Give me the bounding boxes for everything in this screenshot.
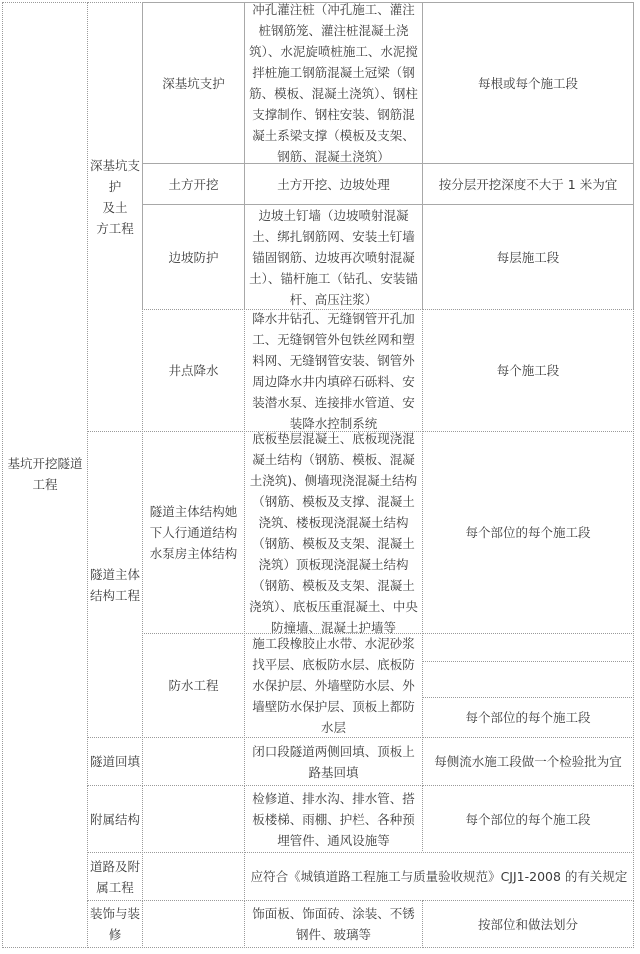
batch-cell	[422, 633, 634, 662]
batch-text: 每个部位的每个施工段	[465, 522, 590, 543]
group-label-cell: 深基坑支 护 及土 方工程	[87, 2, 143, 432]
batch-text: 每个施工段	[497, 360, 560, 381]
group-label-line: 装饰与装	[90, 903, 140, 924]
sub-item-cell: 深基坑支护	[142, 2, 245, 164]
sub-item-label: 防水工程	[168, 675, 218, 696]
sub-item-line: 隧道主体结构她	[150, 501, 238, 522]
batch-text: 每个部位的每个施工段	[465, 809, 590, 830]
batch-text: 按部位和做法划分	[478, 914, 578, 935]
batch-cell: 每个施工段	[422, 309, 634, 432]
sub-item-cell	[142, 852, 245, 901]
group-label-cell: 隧道主体 结构工程	[87, 431, 143, 738]
content-text: 降水井钻孔、无缝钢管开孔加工、无缝钢管外包铁丝网和塑料网、无缝钢管安装、钢管外周…	[247, 308, 420, 434]
merged-text: 应符合《城镇道路工程施工与质量验收规范》CJJ1-2008 的有关规定	[251, 866, 628, 887]
sub-item-cell: 隧道主体结构她 下人行通道结构 水泵房主体结构	[142, 431, 245, 634]
group-label-cell: 道路及附 属工程	[87, 852, 143, 901]
level1-cell: 基坑开挖隧道工程	[2, 2, 88, 948]
content-cell: 施工段橡胶止水带、水泥砂浆找平层、底板防水层、底板防水保护层、外墙壁防水层、外墙…	[244, 633, 423, 738]
group-label: 隧道回填	[90, 751, 140, 772]
group-label-cell: 装饰与装 修	[87, 900, 143, 948]
inspection-batch-table: 基坑开挖隧道工程 深基坑支 护 及土 方工程 深基坑支护 冲孔灌注桩（冲孔施工、…	[3, 3, 635, 949]
batch-text: 每层施工段	[497, 247, 560, 268]
group-label-line: 隧道主体	[90, 564, 140, 585]
content-text: 施工段橡胶止水带、水泥砂浆找平层、底板防水层、底板防水保护层、外墙壁防水层、外墙…	[247, 633, 420, 738]
content-text: 土方开挖、边坡处理	[277, 174, 390, 195]
batch-cell: 按部位和做法划分	[422, 900, 634, 948]
group-label-line: 方工程	[96, 218, 134, 239]
group-label-line: 及土	[102, 197, 127, 218]
content-cell: 边坡土钉墙（边坡喷射混凝土、绑扎钢筋网、安装土钉墙锚固钢筋、边坡再次喷射混凝土）…	[244, 204, 423, 310]
merged-content-cell: 应符合《城镇道路工程施工与质量验收规范》CJJ1-2008 的有关规定	[244, 852, 634, 901]
sub-item-label: 深基坑支护	[162, 73, 225, 94]
content-cell: 土方开挖、边坡处理	[244, 163, 423, 205]
content-text: 底板垫层混凝土、底板现浇混凝土结构（钢筋、模板、混凝土浇筑)、侧墙现浇混凝土结构…	[247, 428, 420, 638]
content-cell: 饰面板、饰面砖、涂装、不锈钢件、玻璃等	[244, 900, 423, 948]
group-label-line: 属工程	[96, 877, 134, 898]
batch-cell: 每个部位的每个施工段	[422, 697, 634, 738]
sub-item-label: 边坡防护	[168, 247, 218, 268]
content-cell: 冲孔灌注桩（冲孔施工、灌注桩钢筋笼、灌注桩混凝土浇筑）、水泥旋喷桩施工、水泥搅拌…	[244, 2, 423, 164]
content-cell: 底板垫层混凝土、底板现浇混凝土结构（钢筋、模板、混凝土浇筑)、侧墙现浇混凝土结构…	[244, 431, 423, 634]
content-text: 饰面板、饰面砖、涂装、不锈钢件、玻璃等	[247, 903, 420, 945]
batch-cell: 按分层开挖深度不大于 1 米为宜	[422, 163, 634, 205]
batch-cell	[422, 661, 634, 698]
sub-item-cell	[142, 785, 245, 853]
batch-text: 按分层开挖深度不大于 1 米为宜	[439, 174, 617, 195]
sub-item-cell: 土方开挖	[142, 163, 245, 205]
group-label-line: 修	[109, 924, 122, 945]
group-label-line: 道路及附	[90, 856, 140, 877]
group-label-cell: 隧道回填	[87, 737, 143, 786]
sub-item-cell	[142, 900, 245, 948]
sub-item-cell	[142, 737, 245, 786]
batch-text: 每根或每个施工段	[478, 73, 578, 94]
group-label-line: 深基坑支	[90, 155, 140, 176]
content-text: 闭口段隧道两侧回填、顶板上路基回填	[247, 741, 420, 783]
sub-item-cell: 防水工程	[142, 633, 245, 738]
group-label: 附属结构	[90, 809, 140, 830]
sub-item-line: 水泵房主体结构	[150, 543, 238, 564]
content-cell: 降水井钻孔、无缝钢管开孔加工、无缝钢管外包铁丝网和塑料网、无缝钢管安装、钢管外周…	[244, 309, 423, 432]
sub-item-label: 土方开挖	[168, 174, 218, 195]
batch-cell: 每个部位的每个施工段	[422, 785, 634, 853]
batch-text: 每个部位的每个施工段	[465, 707, 590, 728]
batch-cell: 每根或每个施工段	[422, 2, 634, 164]
content-cell: 检修道、排水沟、排水管、搭板楼梯、雨棚、护栏、各种预埋管件、通风设施等	[244, 785, 423, 853]
batch-cell: 每侧流水施工段做一个检验批为宜	[422, 737, 634, 786]
group-label-line: 结构工程	[90, 585, 140, 606]
sub-item-line: 下人行通道结构	[150, 522, 238, 543]
content-text: 边坡土钉墙（边坡喷射混凝土、绑扎钢筋网、安装土钉墙锚固钢筋、边坡再次喷射混凝土）…	[247, 205, 420, 310]
sub-item-label: 井点降水	[168, 360, 218, 381]
level1-label: 基坑开挖隧道工程	[5, 453, 85, 495]
batch-cell: 每层施工段	[422, 204, 634, 310]
content-text: 冲孔灌注桩（冲孔施工、灌注桩钢筋笼、灌注桩混凝土浇筑）、水泥旋喷桩施工、水泥搅拌…	[247, 0, 420, 167]
group-label-line: 护	[109, 176, 122, 197]
group-label-cell: 附属结构	[87, 785, 143, 853]
sub-item-cell: 井点降水	[142, 309, 245, 432]
batch-cell: 每个部位的每个施工段	[422, 431, 634, 634]
content-text: 检修道、排水沟、排水管、搭板楼梯、雨棚、护栏、各种预埋管件、通风设施等	[247, 788, 420, 851]
sub-item-cell: 边坡防护	[142, 204, 245, 310]
batch-text: 每侧流水施工段做一个检验批为宜	[434, 751, 622, 772]
content-cell: 闭口段隧道两侧回填、顶板上路基回填	[244, 737, 423, 786]
